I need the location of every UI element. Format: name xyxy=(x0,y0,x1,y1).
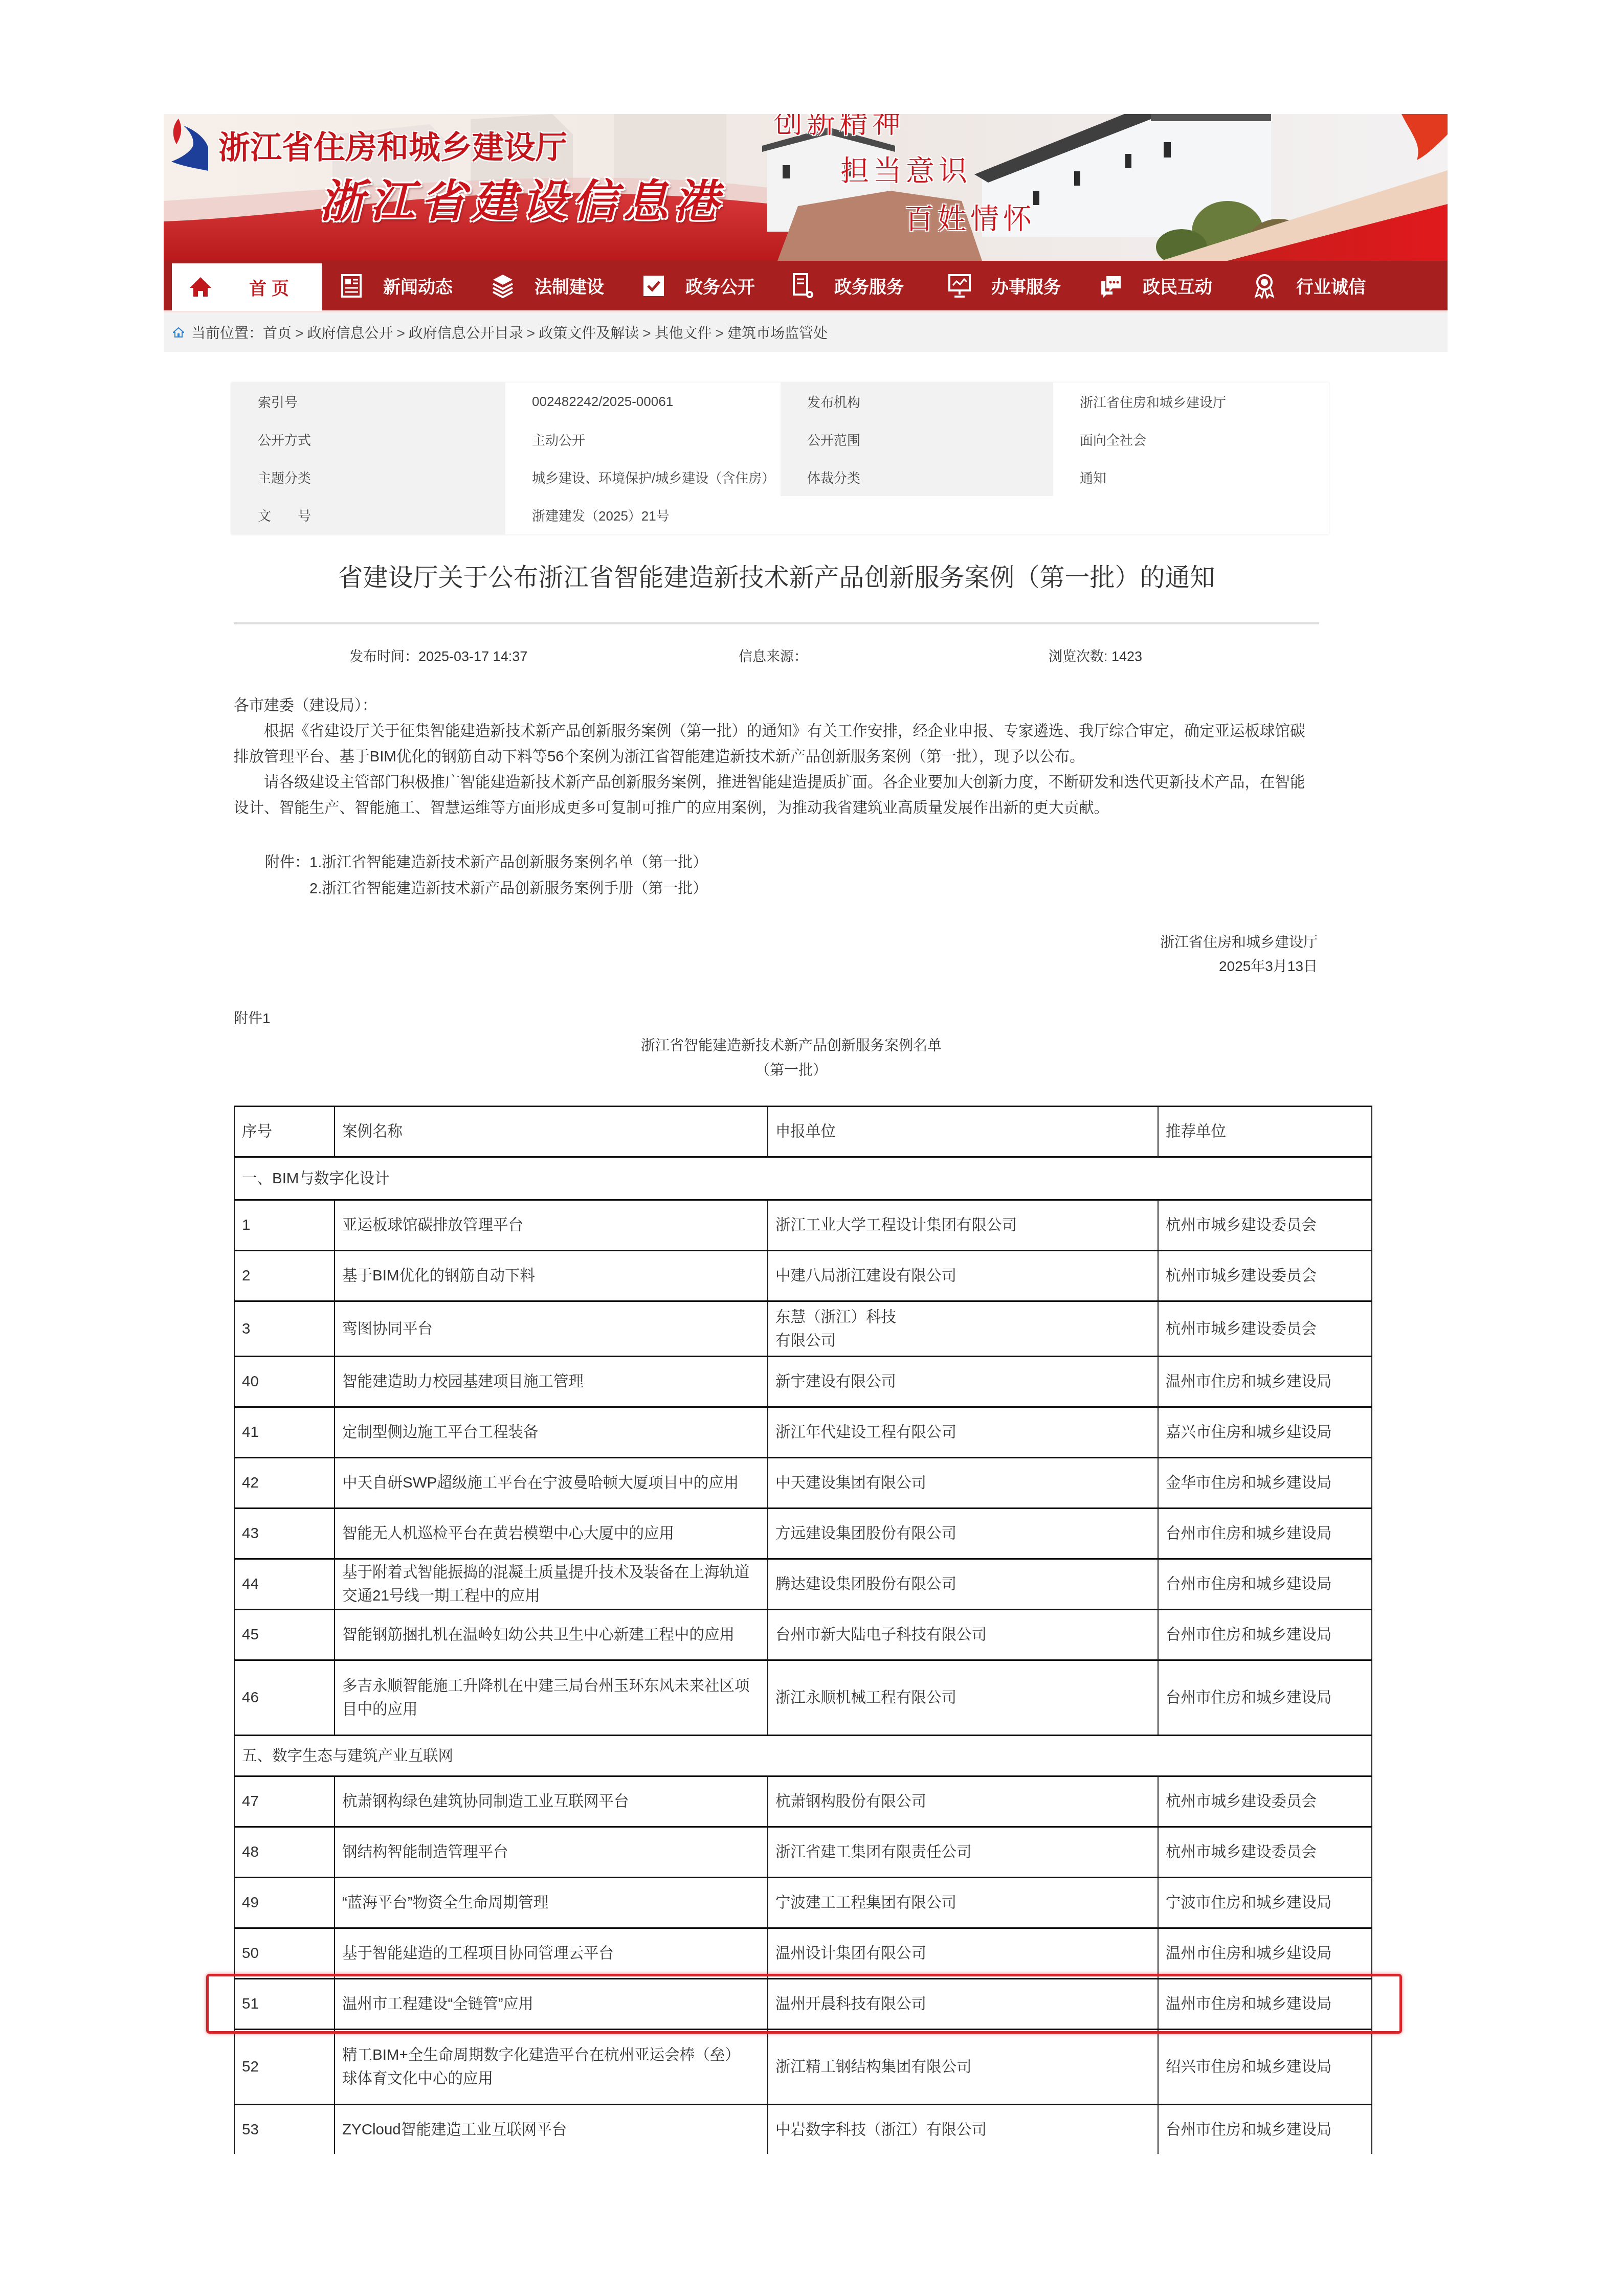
breadcrumb-separator: > xyxy=(642,325,651,341)
info-value: 主动公开 xyxy=(505,420,781,459)
nav-item-interaction[interactable]: 政民互动 xyxy=(1099,261,1212,310)
org-name: 浙江省住房和城乡建设厅 xyxy=(218,127,567,168)
cell-name: 多吉永顺智能施工升降机在中建三局台州玉环东风未来社区项目中的应用 xyxy=(335,1660,768,1736)
location-home-icon xyxy=(173,327,184,338)
attachments: 附件： 1.浙江省智能建造新技术新产品创新服务案例名单（第一批） 2.浙江省智能… xyxy=(265,850,707,902)
attachment-item: 1.浙江省智能建造新技术新产品创新服务案例名单（第一批） xyxy=(309,850,707,876)
service-icon xyxy=(791,273,814,299)
cell-no: 53 xyxy=(234,2105,335,2154)
cell-recommender: 杭州市城乡建设委员会 xyxy=(1158,1200,1372,1251)
cell-no: 44 xyxy=(234,1559,335,1610)
cell-recommender: 台州市住房和城乡建设局 xyxy=(1158,1610,1372,1660)
cell-name: 智能无人机巡检平台在黄岩模塑中心大厦中的应用 xyxy=(335,1509,768,1559)
table-row: 46多吉永顺智能施工升降机在中建三局台州玉环东风未来社区项目中的应用浙江永顺机械… xyxy=(234,1660,1372,1736)
news-icon xyxy=(340,273,363,299)
document-info-table: 索引号 002482242/2025-00061 发布机构 浙江省住房和城乡建设… xyxy=(231,382,1329,534)
breadcrumb-label: 当前位置： xyxy=(191,322,263,343)
slogan: 百姓情怀 xyxy=(905,204,1036,235)
table-row: 47杭萧钢构绿色建筑协同制造工业互联网平台杭萧钢构股份有限公司杭州市城乡建设委员… xyxy=(234,1776,1372,1827)
breadcrumb-separator: > xyxy=(527,325,535,341)
cell-applicant: 新宇建设有限公司 xyxy=(768,1357,1158,1407)
nav-item-label: 政务公开 xyxy=(685,273,755,298)
table-section-row: 一、BIM与数字化设计 xyxy=(234,1157,1372,1200)
info-value: 浙建建发（2025）21号 xyxy=(505,496,781,534)
table-row: 2基于BIM优化的钢筋自动下料中建八局浙江建设有限公司杭州市城乡建设委员会 xyxy=(234,1251,1372,1301)
info-label: 发布机构 xyxy=(781,382,1053,420)
table-row: 52精工BIM+全生命周期数字化建造平台在杭州亚运会棒（垒）球体育文化中心的应用… xyxy=(234,2030,1372,2105)
attachment-item: 2.浙江省智能建造新技术新产品创新服务案例手册（第一批） xyxy=(309,876,707,902)
nav-item-label: 法制建设 xyxy=(535,273,604,298)
ministry-logo xyxy=(168,117,210,174)
breadcrumb-link[interactable]: 政策文件及解读 xyxy=(539,325,639,341)
home-icon xyxy=(189,274,212,300)
view-count-label: 浏览次数: xyxy=(1049,649,1111,664)
info-label: 文 号 xyxy=(231,496,505,534)
cell-applicant: 温州设计集团有限公司 xyxy=(768,1928,1158,1979)
list-title: 浙江省智能建造新技术新产品创新服务案例名单 （第一批） xyxy=(234,1033,1349,1083)
cell-recommender: 台州市住房和城乡建设局 xyxy=(1158,1509,1372,1559)
cell-applicant: 浙江永顺机械工程有限公司 xyxy=(768,1660,1158,1736)
cell-no: 45 xyxy=(234,1610,335,1660)
cell-no: 49 xyxy=(234,1878,335,1928)
info-label xyxy=(781,496,1053,534)
cell-no: 50 xyxy=(234,1928,335,1979)
cell-recommender: 绍兴市住房和城乡建设局 xyxy=(1158,2030,1372,2105)
signature-org: 浙江省住房和城乡建设厅 xyxy=(1160,930,1318,954)
site-name: 浙江省建设信息港 xyxy=(319,174,724,228)
table-row: 44基于附着式智能振捣的混凝土质量提升技术及装备在上海轨道交通21号线一期工程中… xyxy=(234,1559,1372,1610)
table-row: 40智能建造助力校园基建项目施工管理新宇建设有限公司温州市住房和城乡建设局 xyxy=(234,1357,1372,1407)
info-value: 002482242/2025-00061 xyxy=(505,382,781,420)
attachments-label: 附件： xyxy=(265,850,309,902)
paragraph: 请各级建设主管部门积极推广智能建造新技术新产品创新服务案例，推进智能建造提质扩面… xyxy=(234,770,1308,821)
table-row: 3鸾图协同平台东慧（浙江）科技 有限公司杭州市城乡建设委员会 xyxy=(234,1301,1372,1357)
breadcrumb-link[interactable]: 其他文件 xyxy=(655,325,712,341)
cell-applicant: 杭萧钢构股份有限公司 xyxy=(768,1776,1158,1827)
cell-name: 亚运板球馆碳排放管理平台 xyxy=(335,1200,768,1251)
table-row: 41定制型侧边施工平台工程装备浙江年代建设工程有限公司嘉兴市住房和城乡建设局 xyxy=(234,1407,1372,1458)
publish-time-label: 发布时间： xyxy=(349,649,418,664)
nav-item-disclosure[interactable]: 政务公开 xyxy=(642,261,755,310)
cell-recommender: 宁波市住房和城乡建设局 xyxy=(1158,1878,1372,1928)
cell-recommender: 台州市住房和城乡建设局 xyxy=(1158,2105,1372,2154)
cell-name: 钢结构智能制造管理平台 xyxy=(335,1827,768,1878)
breadcrumb-link[interactable]: 政府信息公开 xyxy=(307,325,393,341)
cell-applicant: 中岩数字科技（浙江）有限公司 xyxy=(768,2105,1158,2154)
breadcrumb-link[interactable]: 建筑市场监管处 xyxy=(727,325,828,341)
breadcrumb-separator: > xyxy=(295,325,303,341)
cell-name: 基于附着式智能振捣的混凝土质量提升技术及装备在上海轨道交通21号线一期工程中的应… xyxy=(335,1559,768,1610)
nav-item-label: 行业诚信 xyxy=(1296,273,1366,298)
breadcrumb-list: 首页>政府信息公开>政府信息公开目录>政策文件及解读>其他文件>建筑市场监管处 xyxy=(263,322,828,343)
column-header-recommender: 推荐单位 xyxy=(1158,1107,1372,1157)
section-title: 一、BIM与数字化设计 xyxy=(234,1157,1372,1200)
table-row: 48钢结构智能制造管理平台浙江省建工集团有限责任公司杭州市城乡建设委员会 xyxy=(234,1827,1372,1878)
attachment-list: 1.浙江省智能建造新技术新产品创新服务案例名单（第一批） 2.浙江省智能建造新技… xyxy=(309,850,707,902)
column-header-applicant: 申报单位 xyxy=(768,1107,1158,1157)
nav-item-news[interactable]: 新闻动态 xyxy=(340,261,453,310)
title-divider xyxy=(234,622,1319,624)
cell-no: 40 xyxy=(234,1357,335,1407)
cell-name: ZYCloud智能建造工业互联网平台 xyxy=(335,2105,768,2154)
info-label: 公开范围 xyxy=(781,420,1053,459)
cell-recommender: 台州市住房和城乡建设局 xyxy=(1158,1660,1372,1736)
cell-applicant: 中天建设集团有限公司 xyxy=(768,1458,1158,1509)
article-title: 省建设厅关于公布浙江省智能建造新技术新产品创新服务案例（第一批）的通知 xyxy=(234,559,1319,596)
cell-recommender: 温州市住房和城乡建设局 xyxy=(1158,1979,1372,2030)
nav-item-legal[interactable]: 法制建设 xyxy=(491,261,604,310)
article-body: 各市建委（建设局）： 根据《省建设厅关于征集智能建造新技术新产品创新服务案例（第… xyxy=(234,693,1308,821)
table-section-row: 五、数字生态与建筑产业互联网 xyxy=(234,1736,1372,1776)
slogan: 担当意识 xyxy=(840,156,971,187)
cell-name: 中天自研SWP超级施工平台在宁波曼哈顿大厦项目中的应用 xyxy=(335,1458,768,1509)
cell-recommender: 金华市住房和城乡建设局 xyxy=(1158,1458,1372,1509)
cell-recommender: 杭州市城乡建设委员会 xyxy=(1158,1251,1372,1301)
cell-name: 精工BIM+全生命周期数字化建造平台在杭州亚运会棒（垒）球体育文化中心的应用 xyxy=(335,2030,768,2105)
main-nav: 首页新闻动态法制建设政务公开政务服务办事服务政民互动行业诚信 xyxy=(164,261,1448,310)
cases-table-body: 序号案例名称申报单位推荐单位一、BIM与数字化设计1亚运板球馆碳排放管理平台浙江… xyxy=(234,1107,1372,2154)
cell-applicant: 宁波建工工程集团有限公司 xyxy=(768,1878,1158,1928)
info-value: 面向全社会 xyxy=(1053,420,1329,459)
cell-recommender: 台州市住房和城乡建设局 xyxy=(1158,1559,1372,1610)
cell-recommender: 杭州市城乡建设委员会 xyxy=(1158,1301,1372,1357)
disclosure-icon xyxy=(642,273,665,299)
cell-no: 3 xyxy=(234,1301,335,1357)
info-value: 城乡建设、环境保护/城乡建设（含住房） xyxy=(505,459,781,496)
nav-item-label: 政务服务 xyxy=(834,273,904,298)
cell-no: 48 xyxy=(234,1827,335,1878)
column-header-no: 序号 xyxy=(234,1107,335,1157)
cell-no: 1 xyxy=(234,1200,335,1251)
column-header-name: 案例名称 xyxy=(335,1107,768,1157)
cell-no: 43 xyxy=(234,1509,335,1559)
cell-applicant: 浙江省建工集团有限责任公司 xyxy=(768,1827,1158,1878)
view-count-value: 1423 xyxy=(1111,649,1142,664)
cell-no: 2 xyxy=(234,1251,335,1301)
paragraph: 根据《省建设厅关于征集智能建造新技术新产品创新服务案例（第一批）的通知》有关工作… xyxy=(234,718,1308,770)
info-value xyxy=(1053,496,1329,534)
chat-icon xyxy=(1099,273,1123,299)
nav-item-label: 新闻动态 xyxy=(383,273,453,298)
cell-no: 41 xyxy=(234,1407,335,1458)
table-row: 51温州市工程建设“全链管”应用温州开晨科技有限公司温州市住房和城乡建设局 xyxy=(234,1979,1372,2030)
cell-applicant: 温州开晨科技有限公司 xyxy=(768,1979,1158,2030)
nav-item-gov-service[interactable]: 政务服务 xyxy=(791,261,904,310)
cases-table-wrapper: 序号案例名称申报单位推荐单位一、BIM与数字化设计1亚运板球馆碳排放管理平台浙江… xyxy=(234,1106,1373,2154)
nav-item-label: 首页 xyxy=(249,275,294,300)
breadcrumb: 当前位置： 首页>政府信息公开>政府信息公开目录>政策文件及解读>其他文件>建筑… xyxy=(164,311,1448,352)
cell-no: 52 xyxy=(234,2030,335,2105)
table-row: 43智能无人机巡检平台在黄岩模塑中心大厦中的应用方远建设集团股份有限公司台州市住… xyxy=(234,1509,1372,1559)
site-banner: 浙江省住房和城乡建设厅 浙江省建设信息港 创新精神 担当意识 百姓情怀 xyxy=(164,114,1448,261)
cell-applicant: 浙江工业大学工程设计集团有限公司 xyxy=(768,1200,1158,1251)
table-row: 49“蓝海平台”物资全生命周期管理宁波建工工程集团有限公司宁波市住房和城乡建设局 xyxy=(234,1878,1372,1928)
cell-name: 智能建造助力校园基建项目施工管理 xyxy=(335,1357,768,1407)
cell-applicant: 腾达建设集团股份有限公司 xyxy=(768,1559,1158,1610)
cell-name: “蓝海平台”物资全生命周期管理 xyxy=(335,1878,768,1928)
nav-item-affairs[interactable]: 办事服务 xyxy=(948,261,1061,310)
list-title-main: 浙江省智能建造新技术新产品创新服务案例名单 xyxy=(234,1033,1349,1058)
nav-item-home[interactable]: 首页 xyxy=(172,263,322,310)
cell-no: 51 xyxy=(234,1979,335,2030)
info-source-label: 信息来源： xyxy=(739,649,808,664)
table-row: 50基于智能建造的工程项目协同管理云平台温州设计集团有限公司温州市住房和城乡建设… xyxy=(234,1928,1372,1979)
section-title: 五、数字生态与建筑产业互联网 xyxy=(234,1736,1372,1776)
cases-table: 序号案例名称申报单位推荐单位一、BIM与数字化设计1亚运板球馆碳排放管理平台浙江… xyxy=(234,1106,1372,2154)
cell-name: 定制型侧边施工平台工程装备 xyxy=(335,1407,768,1458)
cell-recommender: 嘉兴市住房和城乡建设局 xyxy=(1158,1407,1372,1458)
list-title-sub: （第一批） xyxy=(234,1058,1349,1083)
cell-no: 47 xyxy=(234,1776,335,1827)
breadcrumb-separator: > xyxy=(716,325,724,341)
cell-applicant: 浙江年代建设工程有限公司 xyxy=(768,1407,1158,1458)
info-label: 公开方式 xyxy=(231,420,505,459)
monitor-icon xyxy=(948,273,971,299)
cell-name: 基于智能建造的工程项目协同管理云平台 xyxy=(335,1928,768,1979)
table-row: 42中天自研SWP超级施工平台在宁波曼哈顿大厦项目中的应用中天建设集团有限公司金… xyxy=(234,1458,1372,1509)
info-source: 信息来源： xyxy=(739,646,808,667)
cell-recommender: 温州市住房和城乡建设局 xyxy=(1158,1357,1372,1407)
cell-recommender: 杭州市城乡建设委员会 xyxy=(1158,1827,1372,1878)
salutation: 各市建委（建设局）： xyxy=(234,693,1308,718)
cell-no: 42 xyxy=(234,1458,335,1509)
info-label: 主题分类 xyxy=(231,459,505,496)
info-value: 浙江省住房和城乡建设厅 xyxy=(1053,382,1329,420)
nav-item-label: 办事服务 xyxy=(991,273,1061,298)
cell-name: 鸾图协同平台 xyxy=(335,1301,768,1357)
award-icon xyxy=(1253,273,1276,299)
signature: 浙江省住房和城乡建设厅 2025年3月13日 xyxy=(1160,930,1318,978)
law-icon xyxy=(491,273,515,299)
cell-recommender: 温州市住房和城乡建设局 xyxy=(1158,1928,1372,1979)
table-row: 45智能钢筋捆扎机在温岭妇幼公共卫生中心新建工程中的应用台州市新大陆电子科技有限… xyxy=(234,1610,1372,1660)
slogan: 创新精神 xyxy=(774,114,905,139)
cell-applicant: 方远建设集团股份有限公司 xyxy=(768,1509,1158,1559)
annex-label: 附件1 xyxy=(234,1008,271,1029)
publish-time: 发布时间：2025-03-17 14:37 xyxy=(349,646,527,667)
table-row: 53ZYCloud智能建造工业互联网平台中岩数字科技（浙江）有限公司台州市住房和… xyxy=(234,2105,1372,2154)
info-label: 索引号 xyxy=(231,382,505,420)
info-value: 通知 xyxy=(1053,459,1329,496)
cell-name: 基于BIM优化的钢筋自动下料 xyxy=(335,1251,768,1301)
nav-item-label: 政民互动 xyxy=(1143,273,1212,298)
cell-applicant: 东慧（浙江）科技 有限公司 xyxy=(768,1301,1158,1357)
signature-date: 2025年3月13日 xyxy=(1160,954,1318,978)
cell-recommender: 杭州市城乡建设委员会 xyxy=(1158,1776,1372,1827)
cell-applicant: 台州市新大陆电子科技有限公司 xyxy=(768,1610,1158,1660)
cell-no: 46 xyxy=(234,1660,335,1736)
table-row: 1亚运板球馆碳排放管理平台浙江工业大学工程设计集团有限公司杭州市城乡建设委员会 xyxy=(234,1200,1372,1251)
info-label: 体裁分类 xyxy=(781,459,1053,496)
view-count: 浏览次数: 1423 xyxy=(1049,646,1142,667)
cell-applicant: 中建八局浙江建设有限公司 xyxy=(768,1251,1158,1301)
table-header-row: 序号案例名称申报单位推荐单位 xyxy=(234,1107,1372,1157)
cell-name: 杭萧钢构绿色建筑协同制造工业互联网平台 xyxy=(335,1776,768,1827)
cell-name: 智能钢筋捆扎机在温岭妇幼公共卫生中心新建工程中的应用 xyxy=(335,1610,768,1660)
nav-item-credit[interactable]: 行业诚信 xyxy=(1253,261,1366,310)
breadcrumb-link[interactable]: 政府信息公开目录 xyxy=(409,325,523,341)
publish-time-value: 2025-03-17 14:37 xyxy=(418,649,527,664)
cell-applicant: 浙江精工钢结构集团有限公司 xyxy=(768,2030,1158,2105)
breadcrumb-separator: > xyxy=(396,325,405,341)
cell-name: 温州市工程建设“全链管”应用 xyxy=(335,1979,768,2030)
breadcrumb-link[interactable]: 首页 xyxy=(263,325,292,341)
page: 浙江省住房和城乡建设厅 浙江省建设信息港 创新精神 担当意识 百姓情怀 首页新闻… xyxy=(0,0,1624,2296)
